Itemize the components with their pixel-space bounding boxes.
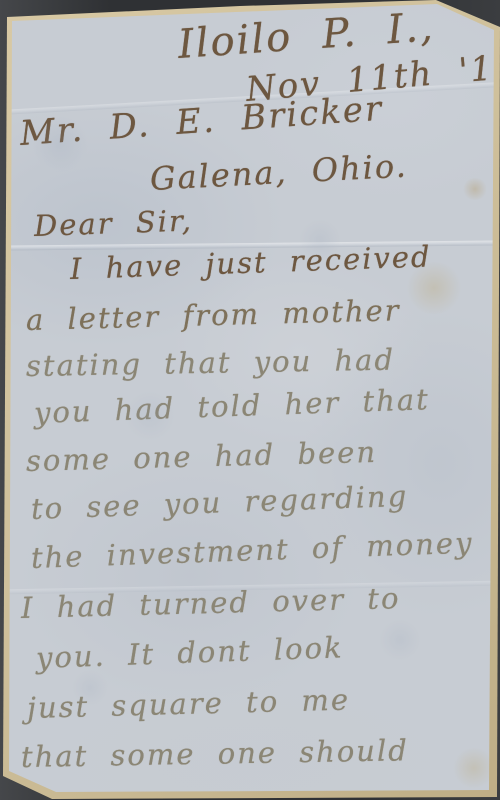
letter-line: some one had been xyxy=(26,435,378,478)
letter-line: a letter from mother xyxy=(26,293,401,337)
letter-line: I have just received xyxy=(69,239,432,286)
letter-line: you. It dont look xyxy=(35,630,344,675)
letter-text: Iloilo P. I., Nov 11th '10. Mr. D. E. Br… xyxy=(0,0,500,800)
letter-line-salutation: Dear Sir, xyxy=(33,203,193,243)
letter-line: stating that you had xyxy=(26,343,396,383)
paper-stain xyxy=(405,262,463,314)
photo-backdrop: Iloilo P. I., Nov 11th '10. Mr. D. E. Br… xyxy=(0,0,500,800)
letter-line-place: Iloilo P. I., xyxy=(176,4,436,68)
letter-line: the investment of money xyxy=(30,526,474,575)
paper-stain xyxy=(462,178,488,200)
letter-paper: Iloilo P. I., Nov 11th '10. Mr. D. E. Br… xyxy=(0,0,500,800)
letter-line: to see you regarding xyxy=(30,479,408,526)
fold-crease xyxy=(0,82,499,115)
letter-line: I had turned over to xyxy=(21,581,401,625)
letter-line-date: Nov 11th '10. xyxy=(244,45,500,110)
letter-line: you had told her that xyxy=(33,382,430,430)
letter-line: just square to me xyxy=(27,683,351,725)
letter-line: that some one should xyxy=(21,733,409,774)
fold-crease xyxy=(0,581,500,595)
letter-line-recipient: Mr. D. E. Bricker xyxy=(19,89,385,154)
fold-crease xyxy=(0,240,500,250)
letter-line-city: Galena, Ohio. xyxy=(149,147,409,198)
